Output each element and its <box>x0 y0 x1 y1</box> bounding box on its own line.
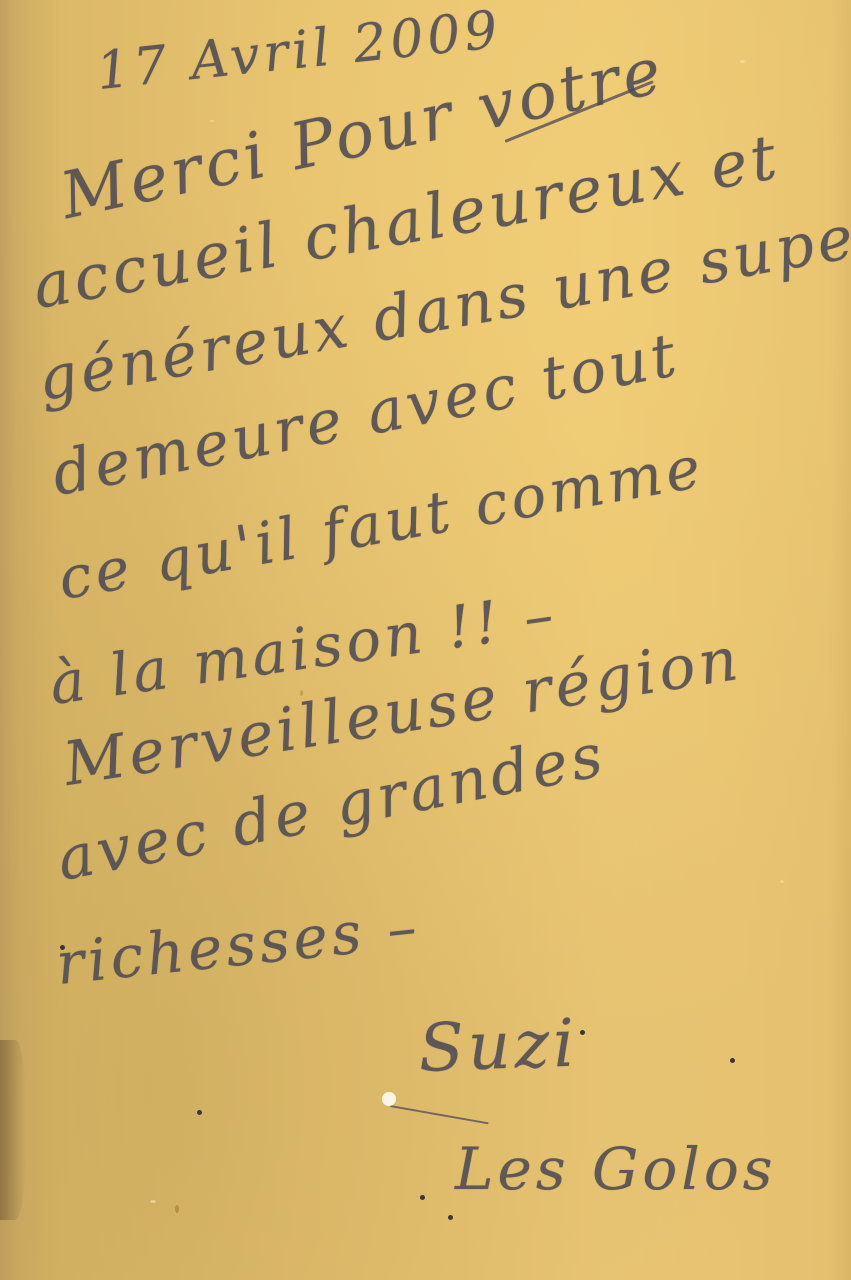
signature-name: Suzi <box>417 1004 579 1087</box>
paper-fiber <box>150 1200 156 1203</box>
pencil-dot <box>197 1110 202 1115</box>
pencil-dot <box>60 945 65 950</box>
paper-fiber <box>175 1205 179 1213</box>
signature-subtitle: Les Golos <box>455 1135 777 1203</box>
paper-fiber <box>780 880 784 883</box>
signature-flourish <box>390 1105 489 1124</box>
paper-sheet: 17 Avril 2009 Merci Pour votre accueil c… <box>0 0 851 1280</box>
pencil-dot <box>580 1030 585 1035</box>
pencil-dot <box>420 1195 425 1200</box>
paper-fiber <box>210 120 214 122</box>
white-speck <box>382 1092 396 1106</box>
pencil-dot <box>448 1215 453 1220</box>
paper-fiber <box>740 60 745 63</box>
paper-edge-shadow <box>0 1040 26 1220</box>
pencil-dot <box>730 1058 735 1063</box>
note-line-9: richesses – <box>53 892 424 998</box>
